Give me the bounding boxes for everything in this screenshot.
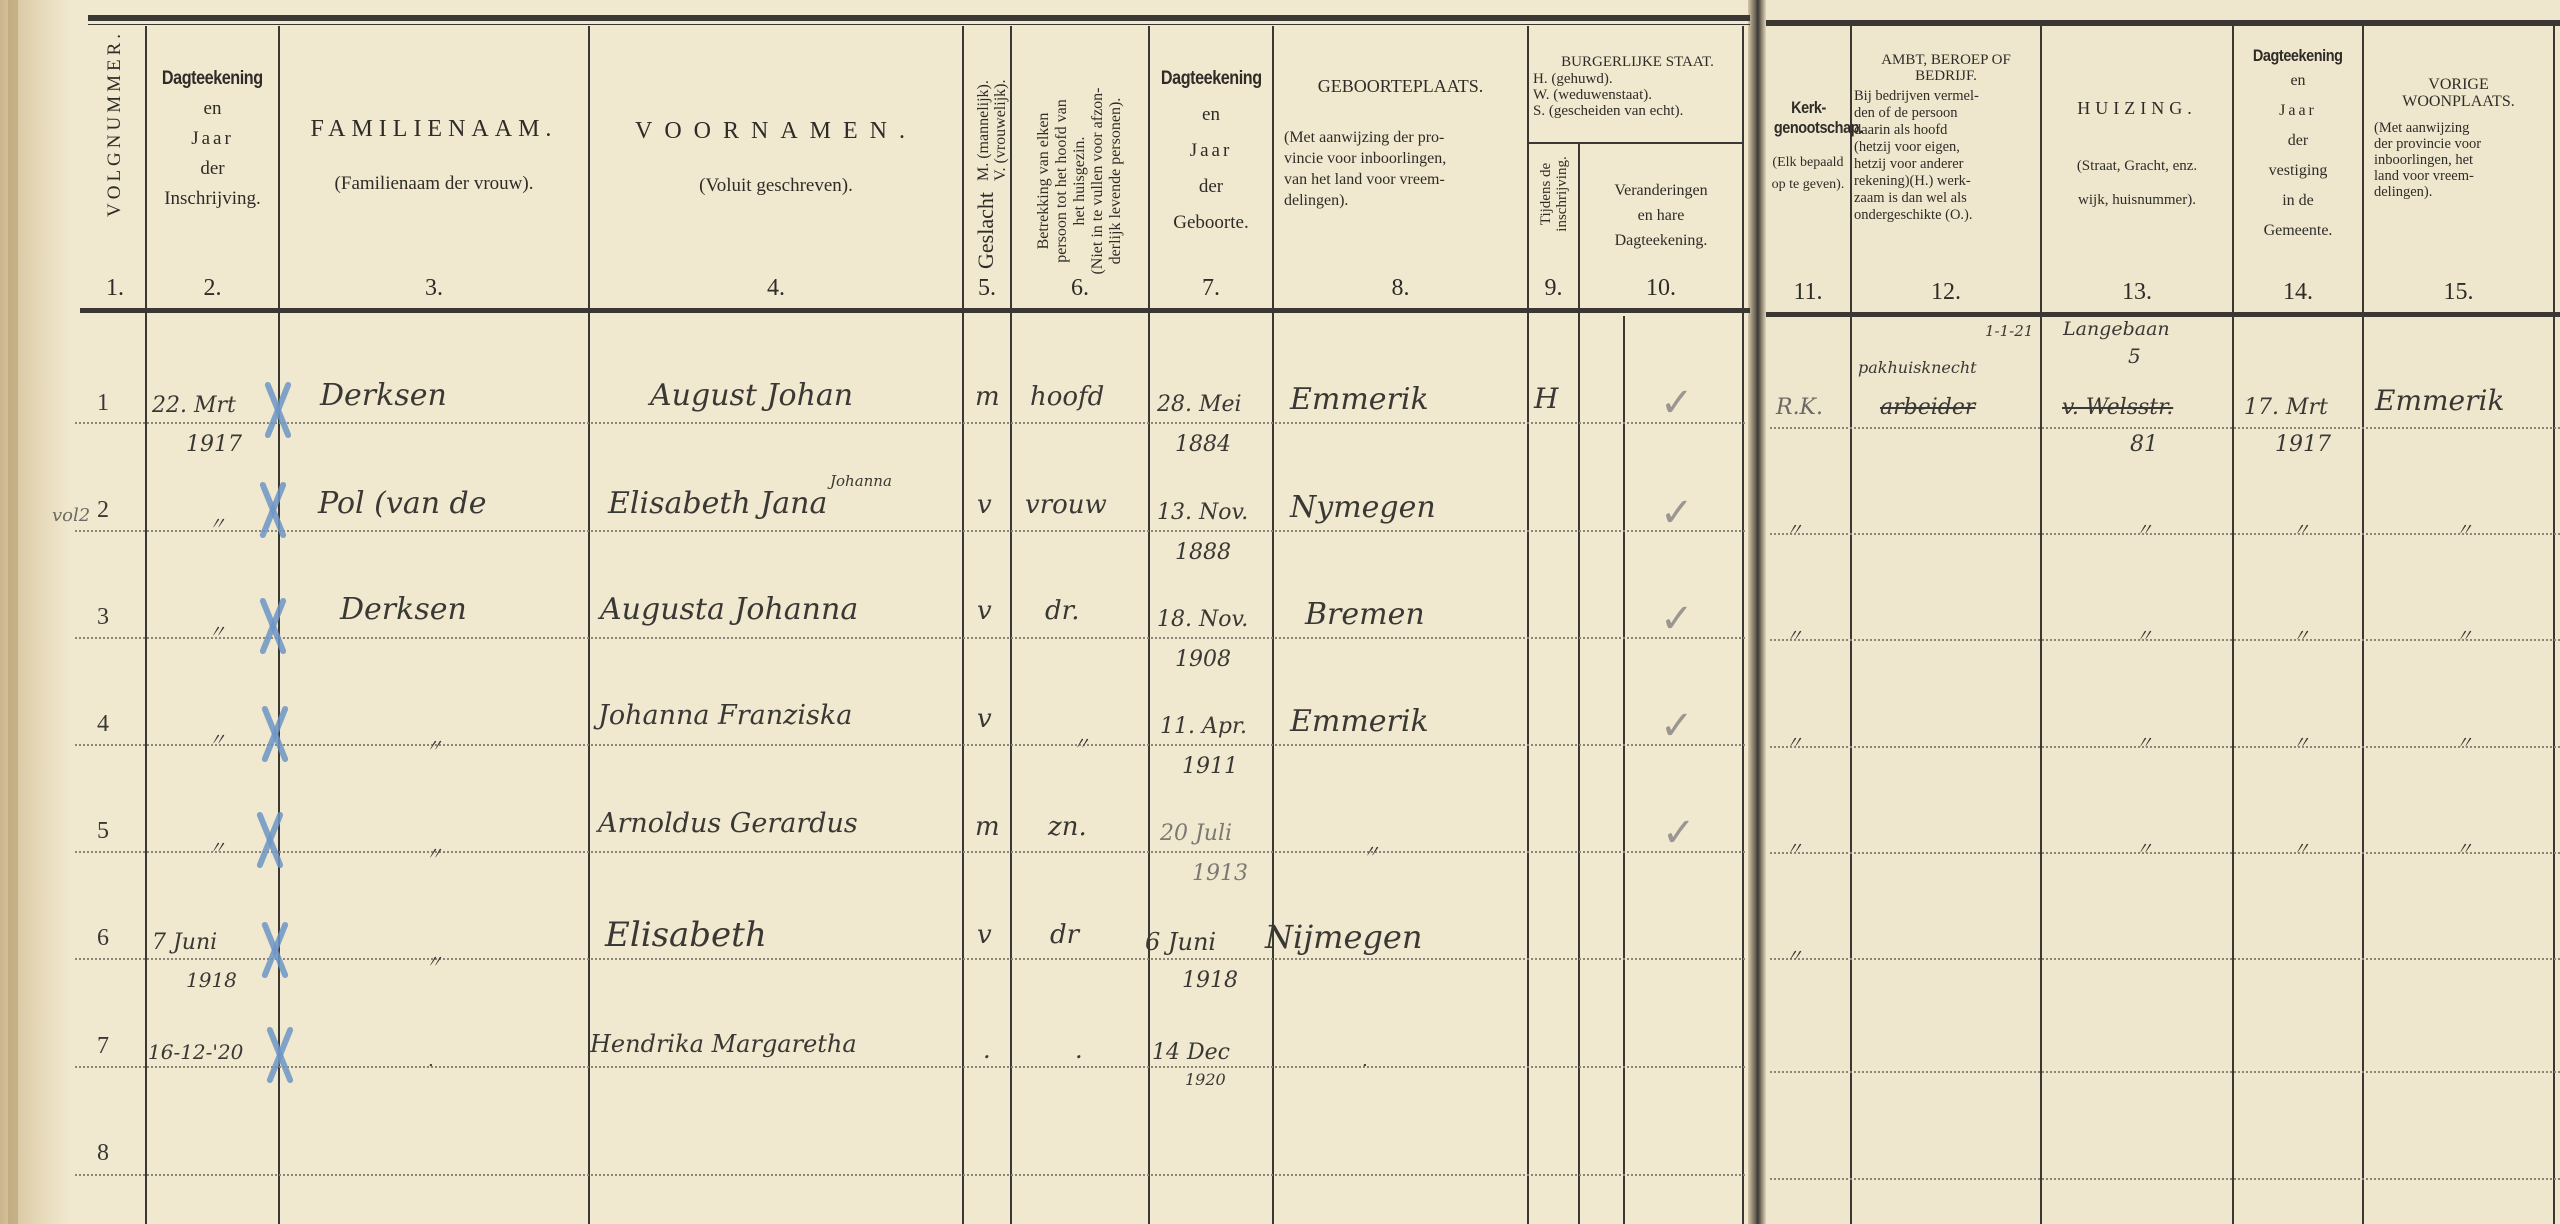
huizing-old-number: 81	[2130, 432, 2158, 457]
voornamen: August Johan	[650, 378, 853, 413]
row-line	[75, 1066, 1745, 1068]
header-line: Bij bedrijven vermel-	[1854, 88, 2040, 105]
header-col-15: VORIGE WOONPLAATS. (Met aanwijzing der p…	[2364, 26, 2553, 312]
header-line: Jaar	[147, 128, 278, 150]
row-number: 6	[97, 925, 109, 952]
column-number: 8.	[1274, 275, 1527, 302]
voornamen-correction: Johanna	[830, 472, 892, 490]
row-line	[1770, 746, 2560, 748]
kerkgenootschap: R.K.	[1776, 395, 1823, 420]
top-rule-left-thin	[88, 24, 1750, 25]
row-number: 3	[97, 604, 109, 631]
familienaam: Pol (van de	[318, 486, 487, 521]
geboorteplaats: Bremen	[1305, 597, 1425, 632]
col-divider	[1742, 26, 1744, 1224]
header-line: en	[2234, 66, 2362, 96]
header-line: Jaar	[1150, 140, 1272, 162]
header-line: ondergeschikte (O.).	[1854, 207, 2040, 224]
ditto-mark: 〃	[2455, 729, 2473, 755]
check-mark: ✓	[1660, 703, 1694, 749]
header-line: (hetzij voor eigen,	[1854, 139, 2040, 156]
column-number: 14.	[2234, 279, 2362, 306]
betrekking: vrouw	[1025, 490, 1107, 520]
geboorteplaats: Emmerik	[1290, 704, 1429, 739]
header-line: Inschrijving.	[147, 188, 278, 210]
geslacht: v	[977, 490, 992, 520]
ditto-mark: 〃	[1785, 835, 1803, 861]
blue-cross-mark	[255, 480, 289, 540]
geboorte-date: 6 Juni	[1145, 928, 1216, 956]
header-line: zaam is dan wel als	[1854, 190, 2040, 207]
ditto-mark: 〃	[425, 840, 443, 866]
row-line	[75, 422, 1745, 424]
ditto-mark: 〃	[2455, 516, 2473, 542]
column-number: 10.	[1580, 275, 1742, 302]
ditto-mark: 〃	[2292, 622, 2310, 648]
header-line: vincie voor inboorlingen,	[1284, 148, 1527, 169]
beroep-change-date: 1-1-21	[1985, 322, 2033, 340]
check-mark: ✓	[1660, 380, 1694, 426]
header-subtitle: (Voluit geschreven).	[590, 175, 962, 197]
header-line: delingen).	[1284, 190, 1527, 211]
row-number: 5	[97, 818, 109, 845]
geboorteplaats: Nijmegen	[1265, 918, 1422, 956]
row-line	[1770, 1071, 2560, 1073]
header-line: op te geven).	[1766, 174, 1850, 196]
ditto-mark: .	[1362, 1050, 1368, 1071]
header-title: BURGERLIJKE STAAT.	[1533, 54, 1742, 71]
header-geslacht-options: M. (mannelijk). V. (vrouwelijk).	[975, 1, 1009, 181]
header-line: derlijk levende personen).	[1107, 51, 1125, 311]
column-number: 13.	[2042, 279, 2232, 306]
row-line	[75, 958, 1745, 960]
header-line: (Met aanwijzing	[2374, 120, 2553, 136]
header-title: FAMILIENAAM.	[280, 116, 588, 143]
geboorte-date: 11. Apr.	[1160, 714, 1247, 739]
ditto-mark: 〃	[1785, 622, 1803, 648]
ditto-mark: .	[428, 1050, 434, 1071]
header-line: en hare	[1580, 203, 1742, 228]
header-title: WOONPLAATS.	[2364, 93, 2553, 110]
ditto-mark: 〃	[2292, 516, 2310, 542]
ditto-mark: 〃	[2135, 622, 2153, 648]
header-line: (Met aanwijzing der pro-	[1284, 127, 1527, 148]
header-line: (Niet in te vullen voor afzon-	[1089, 51, 1107, 311]
row-line	[1770, 639, 2560, 641]
header-line: inschrijving.	[1554, 134, 1570, 254]
margin-note: vol2	[52, 505, 90, 526]
row-line	[75, 530, 1745, 532]
blue-cross-mark	[252, 810, 286, 870]
beroep-new: pakhuisknecht	[1858, 358, 1977, 377]
header-line: Veranderingen	[1580, 178, 1742, 203]
vestiging-year: 1917	[2275, 432, 2331, 457]
header-line: Jaar	[2234, 96, 2362, 126]
col-divider	[2553, 26, 2555, 1224]
header-col-5: Geslacht M. (mannelijk). V. (vrouwelijk)…	[964, 26, 1010, 308]
column-number: 6.	[1012, 275, 1148, 302]
familienaam: Derksen	[320, 378, 447, 413]
check-mark: ✓	[1660, 490, 1694, 536]
row-line	[1770, 427, 2560, 429]
ditto-mark: 〃	[1785, 942, 1803, 968]
ditto-mark: 〃	[208, 510, 226, 536]
row-number: 4	[97, 711, 109, 738]
header-line: Gemeente.	[2234, 216, 2362, 246]
header-line: Geboorte.	[1150, 212, 1272, 234]
geslacht: v	[977, 920, 992, 950]
header-line: wijk, huisnummer).	[2042, 183, 2232, 217]
column-number: 1.	[85, 275, 145, 302]
blue-cross-mark	[255, 596, 289, 656]
header-col-1: VOLGNUMMER. 1.	[85, 26, 145, 308]
betrekking: .	[1075, 1036, 1083, 1064]
huizing-new-number: 5	[2128, 344, 2141, 368]
row-line	[1770, 533, 2560, 535]
geboorte-year: 1888	[1175, 540, 1231, 565]
header-col-10: Veranderingen en hare Dagteekening. 10.	[1580, 144, 1742, 308]
header-title: Geslacht	[973, 192, 998, 269]
geboorte-date: 28. Mei	[1157, 392, 1242, 417]
check-mark: ✓	[1662, 810, 1696, 856]
geboorteplaats: Emmerik	[1290, 382, 1429, 417]
header-bottom-rule-left	[80, 308, 1750, 313]
header-line: en	[147, 98, 278, 120]
geslacht: .	[983, 1036, 991, 1064]
row-line	[75, 744, 1745, 746]
geboorte-date: 20 Juli	[1160, 821, 1232, 846]
header-line: S. (gescheiden van echt).	[1533, 103, 1742, 119]
ditto-mark: 〃	[2135, 835, 2153, 861]
header-line: (Straat, Gracht, enz.	[2042, 149, 2232, 183]
header-line: en	[1150, 104, 1272, 126]
header-line: der	[1150, 176, 1272, 198]
ditto-mark: 〃	[1785, 729, 1803, 755]
betrekking: dr	[1050, 920, 1079, 950]
voornamen: Elisabeth Jana	[608, 486, 827, 521]
header-line: Tijdens de	[1538, 134, 1554, 254]
header-line: hetzij voor anderer	[1854, 156, 2040, 173]
column-number: 5.	[964, 275, 1010, 302]
voornamen: Johanna Franziska	[598, 700, 852, 731]
row-line	[75, 637, 1745, 639]
geslacht: m	[975, 812, 1000, 842]
betrekking: hoofd	[1030, 382, 1104, 412]
header-line: het huisgezin.	[1071, 51, 1089, 311]
familienaam: Derksen	[340, 592, 467, 627]
voornamen: Elisabeth	[605, 915, 767, 955]
row-number: 2	[97, 497, 109, 524]
geslacht: m	[975, 382, 1000, 412]
header-line: inboorlingen, het	[2374, 152, 2553, 168]
ditto-mark: 〃	[1785, 516, 1803, 542]
header-title: GEBOORTEPLAATS.	[1274, 76, 1527, 97]
inschrijving-date: 22. Mrt	[152, 393, 236, 418]
header-line: daarin als hoofd	[1854, 122, 2040, 139]
header-line: persoon tot het hoofd van	[1053, 51, 1071, 311]
row-line	[1770, 852, 2560, 854]
header-line: der	[147, 158, 278, 180]
column-number: 7.	[1150, 275, 1272, 302]
voornamen: Augusta Johanna	[600, 592, 858, 627]
column-number: 9.	[1529, 275, 1578, 302]
blue-cross-mark	[262, 1025, 296, 1085]
vorige-woonplaats: Emmerik	[2375, 384, 2504, 417]
ditto-mark: 〃	[2455, 622, 2473, 648]
ditto-mark: 〃	[208, 834, 226, 860]
check-mark: ✓	[1660, 596, 1694, 642]
row-line	[1770, 958, 2560, 960]
row-number: 7	[97, 1033, 109, 1060]
geboorte-year: 1908	[1175, 647, 1231, 672]
col-divider	[1623, 316, 1625, 1224]
header-title: Dagteekening	[162, 68, 263, 90]
ditto-mark: 〃	[1072, 730, 1090, 756]
header-line: (Elk bepaald	[1766, 152, 1850, 174]
header-title: Kerk-	[1791, 98, 1826, 118]
betrekking: zn.	[1048, 812, 1087, 842]
ditto-mark: 〃	[425, 732, 443, 758]
vestiging-date: 17. Mrt	[2244, 395, 2328, 420]
geboorte-date: 14 Dec	[1152, 1040, 1230, 1065]
beroep-old: arbeider	[1880, 395, 1975, 420]
column-number: 11.	[1766, 279, 1850, 306]
betrekking: dr.	[1045, 596, 1079, 626]
ditto-mark: 〃	[2135, 729, 2153, 755]
inschrijving-year: 1918	[186, 968, 237, 992]
header-bottom-rule-right	[1766, 312, 2560, 317]
header-col-11: Kerk- genootschap. (Elk bepaald op te ge…	[1766, 26, 1850, 312]
geboorteplaats: Nymegen	[1290, 490, 1436, 525]
header-line: V. (vrouwelijk).	[992, 1, 1009, 181]
inschrijving-year: 1917	[186, 432, 242, 457]
header-line: Betrekking van elken	[1035, 51, 1053, 311]
geboorte-year: 1913	[1192, 861, 1248, 886]
header-betrekking: Betrekking van elken persoon tot het hoo…	[1035, 51, 1125, 311]
header-col-9: Tijdens de inschrijving. 9.	[1529, 144, 1578, 308]
header-title: HUIZING.	[2042, 98, 2232, 119]
inschrijving-date: 7 Juni	[152, 930, 217, 955]
header-line: der provincie voor	[2374, 136, 2553, 152]
row-number: 8	[97, 1140, 109, 1167]
geboorte-year: 1884	[1175, 432, 1231, 457]
header-tijdens-inschrijving: Tijdens de inschrijving.	[1538, 134, 1570, 254]
blue-cross-mark	[257, 920, 291, 980]
header-line: H. (gehuwd).	[1533, 71, 1742, 87]
header-title: VORIGE	[2364, 76, 2553, 93]
ditto-mark: 〃	[2292, 835, 2310, 861]
ditto-mark: 〃	[208, 726, 226, 752]
header-volgnummer: VOLGNUMMER.	[104, 57, 126, 217]
header-col-6: Betrekking van elken persoon tot het hoo…	[1012, 26, 1148, 308]
header-col-7: Dagteekening en Jaar der Geboorte. 7.	[1150, 26, 1272, 308]
geslacht: v	[977, 596, 992, 626]
blue-cross-mark	[257, 704, 291, 764]
top-rule-left	[88, 15, 1750, 21]
header-title: BEDRIJF.	[1852, 68, 2040, 84]
header-title: Dagteekening	[2253, 46, 2343, 66]
voornamen: Hendrika Margaretha	[590, 1030, 857, 1058]
burgerlijke-staat: H	[1534, 382, 1558, 415]
header-col-4: VOORNAMEN. (Voluit geschreven). 4.	[590, 26, 962, 308]
header-col-8: GEBOORTEPLAATS. (Met aanwijzing der pro-…	[1274, 26, 1527, 308]
row-line	[75, 1174, 1745, 1176]
ditto-mark: 〃	[2292, 729, 2310, 755]
column-number: 3.	[280, 275, 588, 302]
header-line: van het land voor vreem-	[1284, 169, 1527, 190]
header-col-3: FAMILIENAAM. (Familienaam der vrouw). 3.	[280, 26, 588, 308]
header-col-12: AMBT, BEROEP OF BEDRIJF. Bij bedrijven v…	[1852, 26, 2040, 312]
header-col-14: Dagteekening en Jaar der vestiging in de…	[2234, 26, 2362, 312]
voornamen: Arnoldus Gerardus	[598, 808, 858, 839]
geboorte-year: 1920	[1185, 1070, 1226, 1089]
geboorte-year: 1911	[1182, 754, 1238, 779]
header-line: M. (mannelijk).	[975, 1, 992, 181]
geslacht: v	[977, 704, 992, 734]
ditto-mark: 〃	[425, 948, 443, 974]
header-burgerlijke-staat: BURGERLIJKE STAAT. H. (gehuwd). W. (wedu…	[1529, 26, 1742, 142]
header-line: rekening)(H.) werk-	[1854, 173, 2040, 190]
header-title: AMBT, BEROEP OF	[1852, 52, 2040, 68]
header-title: genootschap.	[1774, 118, 1863, 138]
blue-cross-mark	[260, 380, 294, 440]
header-line: der	[2234, 126, 2362, 156]
ditto-mark: 〃	[2455, 835, 2473, 861]
row-line	[75, 851, 1745, 853]
header-col-13: HUIZING. (Straat, Gracht, enz. wijk, hui…	[2042, 26, 2232, 312]
huizing-new: Langebaan	[2063, 318, 2170, 340]
ditto-mark: 〃	[1362, 838, 1380, 864]
ditto-mark: 〃	[208, 618, 226, 644]
book-binding	[1748, 0, 1766, 1224]
page-edge-strip	[8, 0, 18, 1224]
row-line	[1770, 1178, 2560, 1180]
header-title: VOORNAMEN.	[590, 118, 962, 145]
header-subtitle: (Familienaam der vrouw).	[280, 173, 588, 195]
geboorte-date: 18. Nov.	[1157, 607, 1248, 632]
inschrijving-date: 16-12-'20	[148, 1040, 243, 1064]
header-line: land voor vreem-	[2374, 168, 2553, 184]
huizing-old: v. Welsstr.	[2062, 395, 2173, 420]
header-col-2: Dagteekening en Jaar der Inschrijving. 2…	[147, 26, 278, 308]
header-line: den of de persoon	[1854, 105, 2040, 122]
column-number: 15.	[2364, 279, 2553, 306]
geboorte-date: 13. Nov.	[1157, 500, 1248, 525]
column-number: 4.	[590, 275, 962, 302]
ditto-mark: 〃	[2135, 516, 2153, 542]
header-line: W. (weduwenstaat).	[1533, 87, 1742, 103]
column-number: 12.	[1852, 279, 2040, 306]
row-number: 1	[97, 390, 109, 417]
header-line: in de	[2234, 186, 2362, 216]
header-title: Dagteekening	[1161, 68, 1262, 90]
header-line: Dagteekening.	[1580, 228, 1742, 253]
geboorte-year: 1918	[1182, 968, 1238, 993]
header-line: delingen).	[2374, 184, 2553, 200]
column-number: 2.	[147, 275, 278, 302]
header-line: vestiging	[2234, 156, 2362, 186]
